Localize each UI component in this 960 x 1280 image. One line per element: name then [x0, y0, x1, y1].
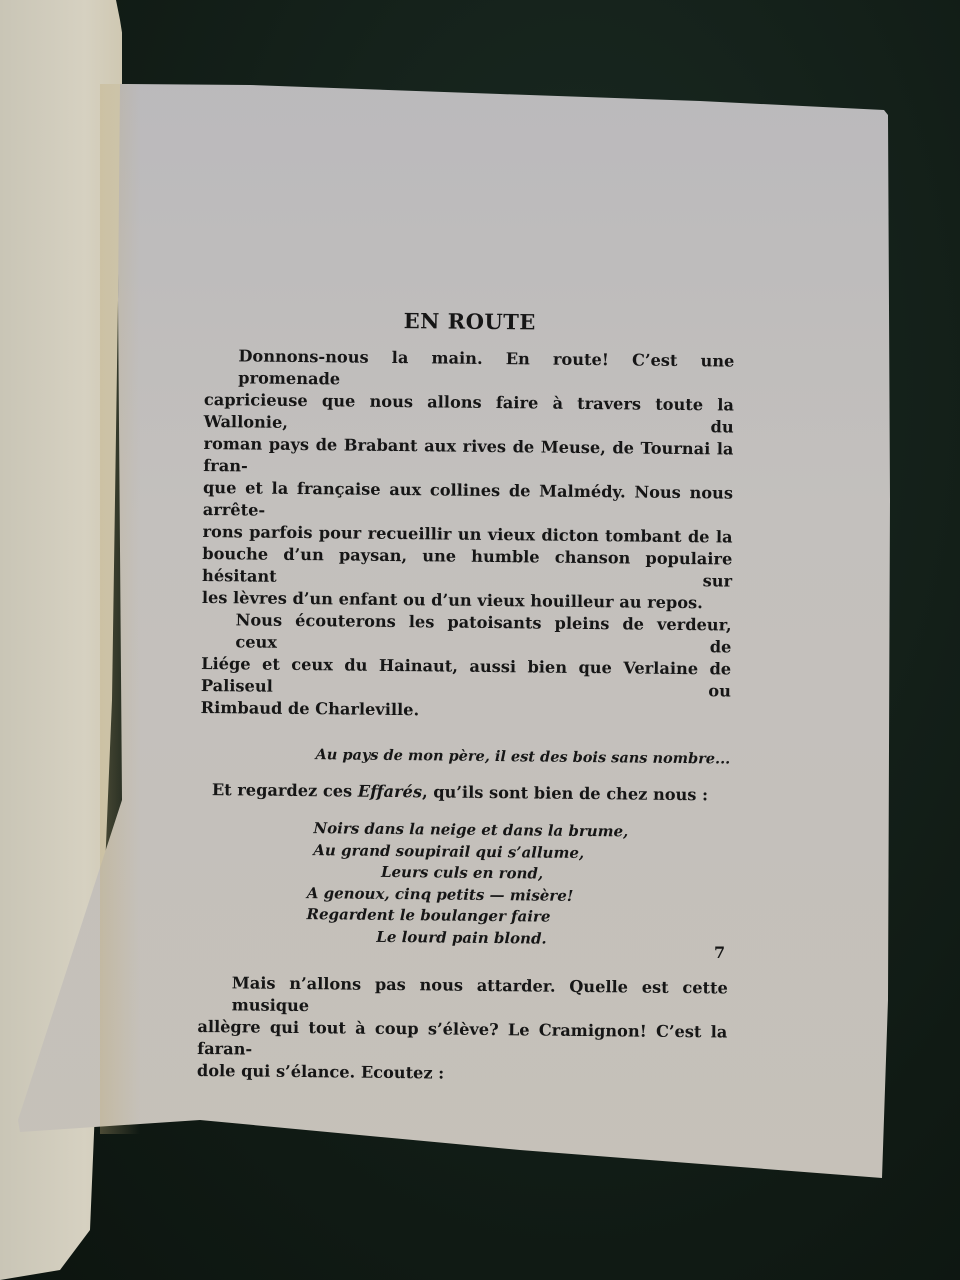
page-text: EN ROUTE Donnons-nous la main. En route!… — [197, 300, 735, 1088]
text-line: Mais n’allons pas nous attarder. Quelle … — [198, 972, 728, 1022]
intro-emphasis: Effarés — [358, 782, 422, 802]
paragraph-3: Mais n’allons pas nous attarder. Quelle … — [197, 972, 728, 1088]
poem-stanza: Noirs dans la neige et dans la brume, Au… — [306, 818, 729, 951]
poem-line: Au grand soupirail qui s’allume, — [307, 840, 729, 866]
text-line: capricieuse que nous allons faire à trav… — [204, 389, 734, 439]
paragraph-2: Nous écouterons les patoisants pleins de… — [201, 609, 732, 725]
text-line: Liége et ceux du Hainaut, aussi bien que… — [201, 653, 731, 703]
paragraph-1: Donnons-nous la main. En route! C’est un… — [202, 345, 735, 615]
text-line: allègre qui tout à coup s’élève? Le Cram… — [197, 1016, 727, 1066]
page-number: 7 — [714, 943, 725, 962]
text-line: Donnons-nous la main. En route! C’est un… — [204, 345, 734, 395]
epigraph-quote: Au pays de mon père, il est des bois san… — [200, 745, 730, 768]
text-line: que et la française aux collines de Malm… — [203, 477, 733, 527]
poem-line: Le lourd pain blond. — [306, 926, 728, 952]
intro-before: Et regardez ces — [212, 780, 358, 801]
poem-intro: Et regardez ces Effarés, qu’ils sont bie… — [212, 780, 730, 804]
text-line: Nous écouterons les patoisants pleins de… — [201, 609, 731, 659]
intro-after: , qu’ils sont bien de chez nous : — [422, 782, 708, 804]
text-line: roman pays de Brabant aux rives de Meuse… — [203, 433, 733, 483]
text-line: bouche d’un paysan, une humble chanson p… — [202, 543, 732, 593]
poem-line: Regardent le boulanger faire — [306, 904, 728, 930]
chapter-title: EN ROUTE — [205, 306, 735, 337]
